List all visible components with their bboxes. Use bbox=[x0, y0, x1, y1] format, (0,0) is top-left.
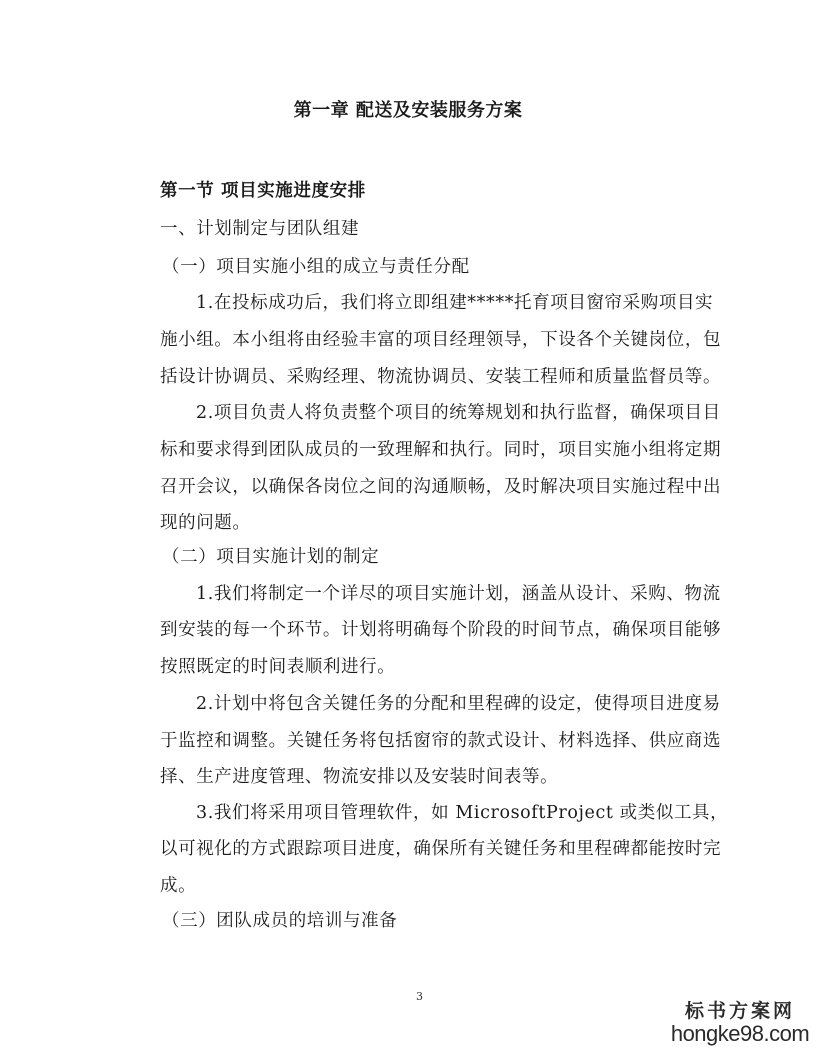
heading-1: 一、计划制定与团队组建 bbox=[160, 218, 700, 240]
subheading-2: （二）项目实施计划的制定 bbox=[162, 546, 702, 568]
watermark: 标书方案网 hongke98.com bbox=[665, 1000, 815, 1046]
paragraph-line: 到安装的每一个环节。计划将明确每个阶段的时间节点，确保项目能够 bbox=[160, 619, 700, 641]
subheading-1: （一）项目实施小组的成立与责任分配 bbox=[162, 256, 702, 278]
chapter-title: 第一章 配送及安装服务方案 bbox=[0, 96, 816, 122]
paragraph-line: 以可视化的方式跟踪项目进度，确保所有关键任务和里程碑都能按时完 bbox=[160, 838, 700, 860]
paragraph-line: 按照既定的时间表顺利进行。 bbox=[160, 656, 700, 678]
paragraph-line: 召开会议，以确保各岗位之间的沟通顺畅，及时解决项目实施过程中出 bbox=[160, 476, 700, 498]
paragraph-line: 1.我们将制定一个详尽的项目实施计划，涵盖从设计、采购、物流 bbox=[196, 583, 736, 605]
paragraph-line: 现的问题。 bbox=[160, 512, 700, 534]
paragraph-line: 施小组。本小组将由经验丰富的项目经理领导，下设各个关键岗位，包 bbox=[160, 329, 700, 351]
paragraph-line: 2.计划中将包含关键任务的分配和里程碑的设定，使得项目进度易 bbox=[196, 693, 736, 715]
paragraph-line: 3.我们将采用项目管理软件，如 MicrosoftProject 或类似工具， bbox=[196, 802, 736, 824]
paragraph-line: 成。 bbox=[160, 875, 700, 897]
page-number: 3 bbox=[416, 990, 423, 1003]
paragraph-line: 于监控和调整。关键任务将包括窗帘的款式设计、材料选择、供应商选 bbox=[160, 730, 700, 752]
watermark-name: 标书方案网 bbox=[665, 1000, 815, 1022]
section-title: 第一节 项目实施进度安排 bbox=[160, 180, 700, 202]
subheading-3: （三）团队成员的培训与准备 bbox=[162, 910, 702, 932]
paragraph-line: 择、生产进度管理、物流安排以及安装时间表等。 bbox=[160, 766, 700, 788]
paragraph-line: 2.项目负责人将负责整个项目的统筹规划和执行监督，确保项目目 bbox=[196, 402, 736, 424]
watermark-url: hongke98.com bbox=[665, 1022, 815, 1046]
paragraph-line: 标和要求得到团队成员的一致理解和执行。同时，项目实施小组将定期 bbox=[160, 439, 700, 461]
paragraph-line: 括设计协调员、采购经理、物流协调员、安装工程师和质量监督员等。 bbox=[160, 366, 700, 388]
paragraph-line: 1.在投标成功后，我们将立即组建*****托育项目窗帘采购项目实 bbox=[196, 292, 736, 314]
